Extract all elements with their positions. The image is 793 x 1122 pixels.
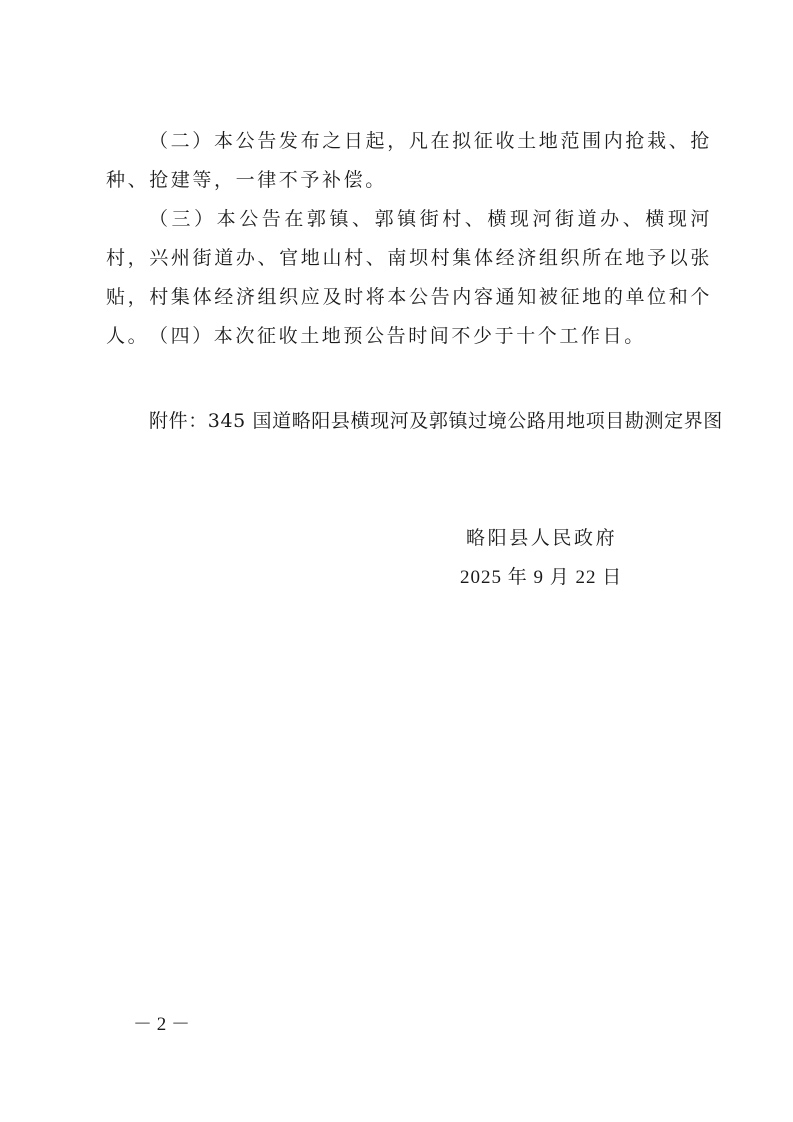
paragraph-2: （二）本公告发布之日起，凡在拟征收土地范围内抢栽、抢种、抢建等，一律不予补偿。 — [106, 122, 712, 200]
issue-date: 2025 年 9 月 22 日 — [460, 558, 622, 597]
attachment-line: 附件：345 国道略阳县横现河及郭镇过境公路用地项目勘测定界图 — [149, 402, 723, 441]
page-number: － 2 － — [133, 1012, 190, 1038]
paragraph-4: （四）本次征收土地预公告时间不少于十个工作日。 — [106, 317, 712, 356]
issuer-name: 略阳县人民政府 — [466, 519, 617, 558]
document-page: （二）本公告发布之日起，凡在拟征收土地范围内抢栽、抢种、抢建等，一律不予补偿。 … — [0, 0, 793, 1122]
